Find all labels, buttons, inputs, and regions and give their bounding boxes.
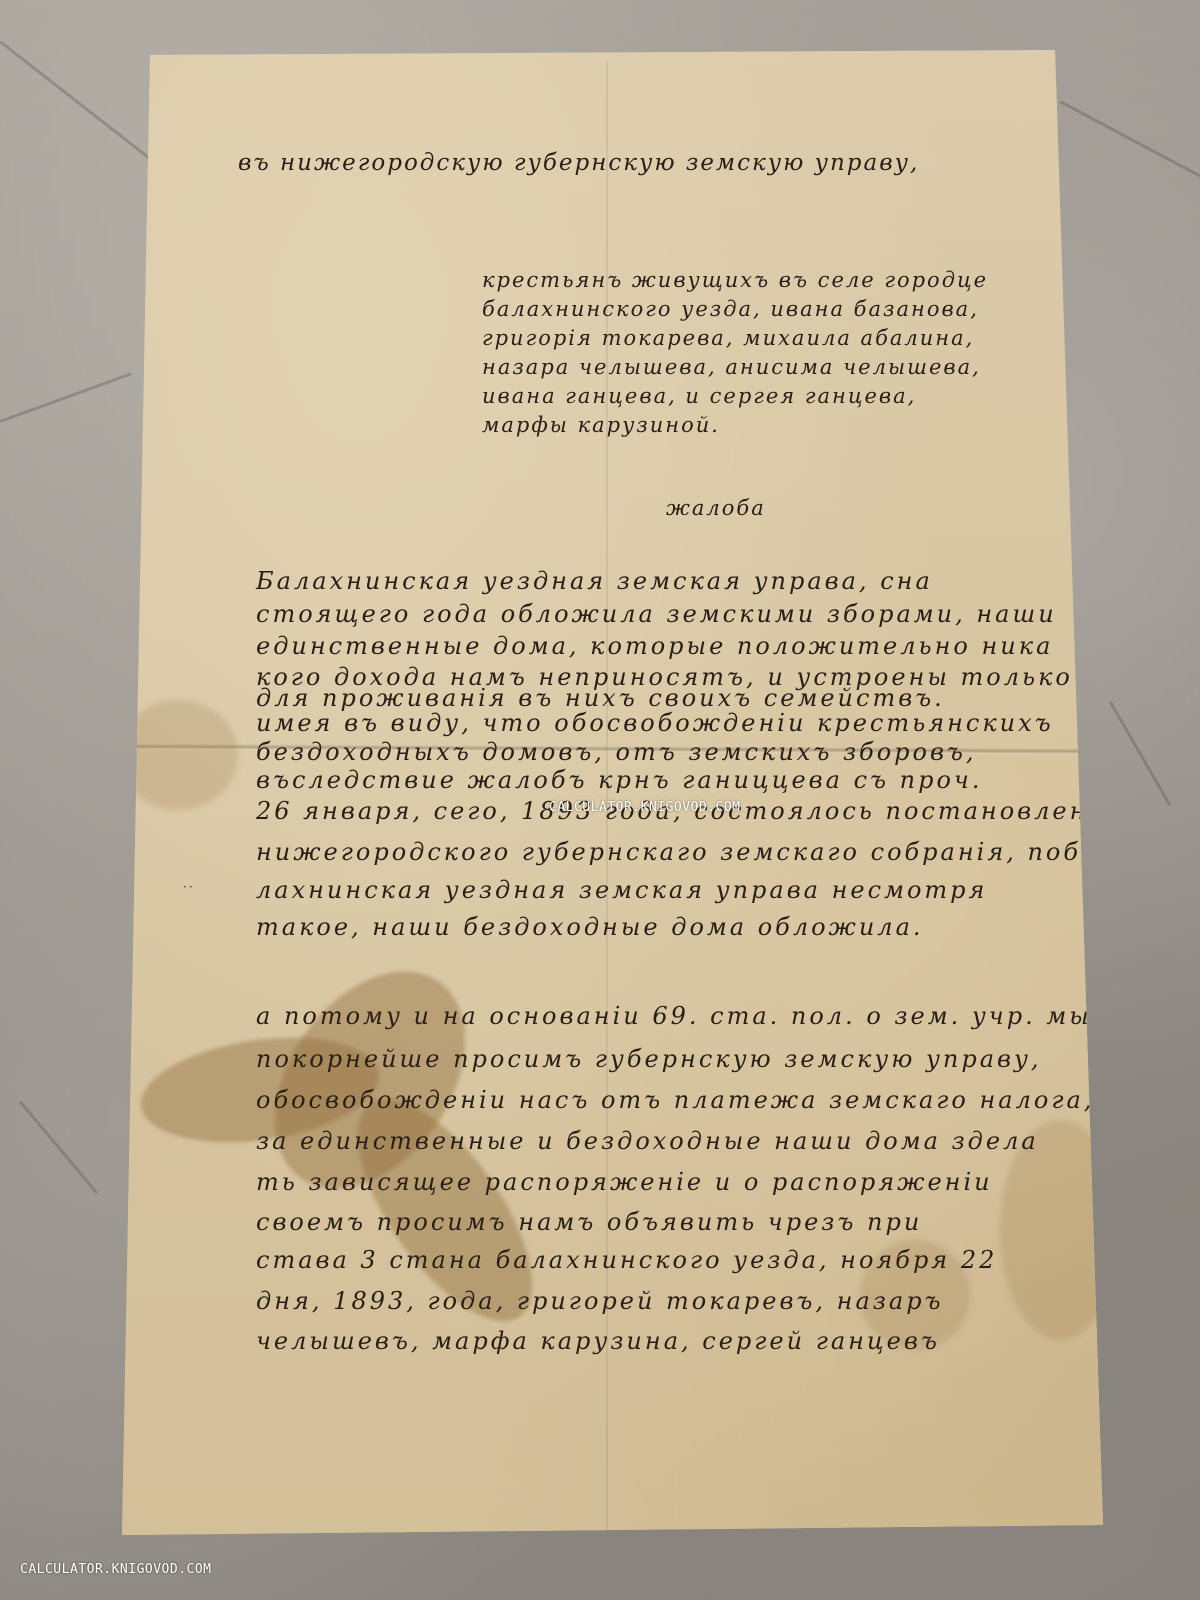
paragraph-line: единственные дома, которые положительно … (256, 632, 1053, 660)
marble-vein (1109, 701, 1172, 806)
marble-vein (19, 1101, 98, 1195)
document-title: жалоба (666, 496, 766, 520)
paragraph-line: дня, 1893, года, григорей токаревъ, наза… (256, 1287, 944, 1315)
watermark-bottom-left: CALCULATOR.KNIGOVOD.COM (20, 1562, 212, 1577)
paragraph-line: лахнинская уездная земская управа несмот… (256, 876, 987, 904)
marble-vein (1059, 100, 1200, 178)
paragraph-line: для проживанія въ нихъ своихъ семействъ. (256, 684, 945, 712)
paragraph-line: ть зависящее распоряженіе и о распоряжен… (256, 1168, 993, 1196)
paragraph-line: челышевъ, марфа карузина, сергей ганцевъ (256, 1327, 940, 1355)
paragraph-line: въследствие жалобъ крнъ ганиццева съ про… (256, 766, 982, 794)
paragraph-line: бездоходныхъ домовъ, отъ земскихъ зборов… (256, 738, 977, 766)
marble-vein (0, 372, 132, 423)
margin-mark: ·· (183, 880, 195, 894)
paragraph-line: покорнейше просимъ губернскую земскую уп… (256, 1045, 1042, 1073)
petitioner-line: балахнинского уезда, ивана базанова, (482, 297, 979, 321)
watermark-center: CALCULATOR.KNIGOVOD.COM (549, 800, 741, 815)
address-line: въ нижегородскую губернскую земскую упра… (238, 150, 919, 176)
paragraph-line: стоящего года обложила земскими зборами,… (256, 600, 1057, 628)
petitioner-line: марфы карузиной. (482, 413, 720, 437)
petitioner-line: григорія токарева, михаила абалина, (482, 326, 974, 350)
paragraph-line: за единственные и бездоходные наши дома … (256, 1127, 1039, 1155)
paragraph-line: Балахнинская уездная земская управа, сна (256, 567, 933, 595)
paragraph-line: става 3 стана балахнинского уезда, ноябр… (256, 1246, 997, 1274)
paragraph-line: такое, наши бездоходные дома обложила. (256, 913, 924, 941)
paragraph-line: обосвобожденіи насъ отъ платежа земскаго… (256, 1086, 1094, 1114)
petitioner-line: крестьянъ живущихъ въ селе городце (482, 268, 988, 292)
paragraph-line: нижегородского губернскаго земскаго собр… (256, 838, 1098, 866)
paragraph-line: своемъ просимъ намъ объявить чрезъ при (256, 1208, 922, 1236)
paragraph-line: а потому и на основаніи 69. ста. пол. о … (256, 1002, 1092, 1030)
paragraph-line: имея въ виду, что обосвобожденіи крестья… (256, 709, 1054, 737)
petitioner-line: назара челышева, анисима челышева, (482, 355, 981, 379)
petitioner-line: ивана ганцева, и сергея ганцева, (482, 384, 916, 408)
